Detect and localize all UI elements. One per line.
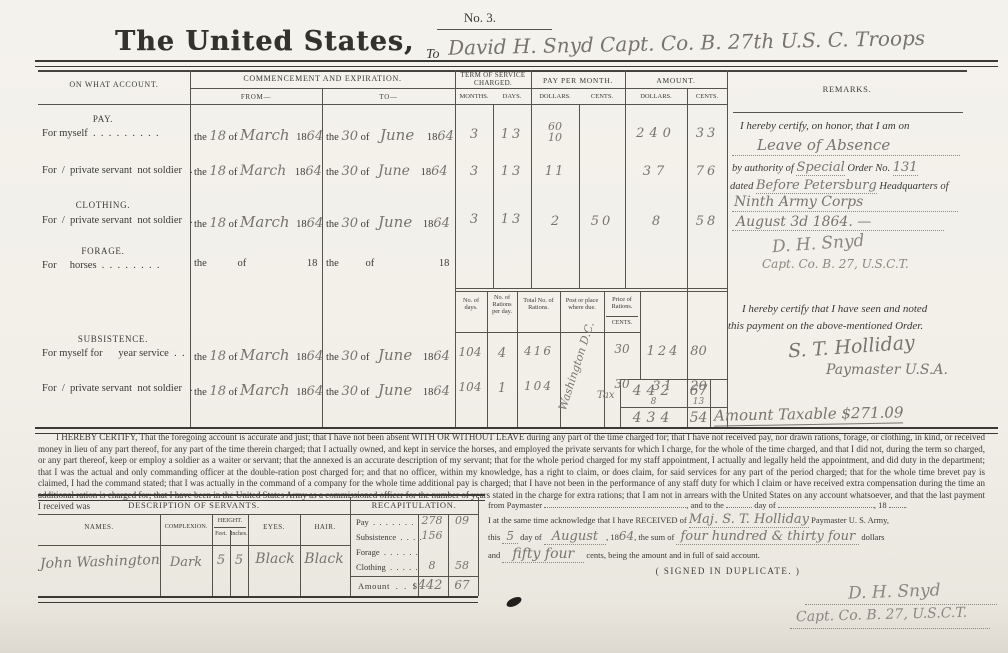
word-of: of <box>365 258 374 269</box>
divider-vertical <box>710 379 711 427</box>
word-18: 18 <box>296 219 307 230</box>
rule <box>606 316 638 317</box>
col-header-remarks: REMARKS. <box>727 84 967 94</box>
section-clothing: CLOTHING. <box>38 200 168 210</box>
word-the: the <box>326 219 339 230</box>
hw-day: 30 <box>341 129 358 144</box>
hw-corps: Ninth Army Corps <box>734 194 863 210</box>
row-label-servant-clothing: For / private servant not soldier . <box>42 215 192 226</box>
cell-days-myself: 13 <box>493 127 531 142</box>
total-tax-dollars: 8 <box>620 397 687 407</box>
date-from-myself-sub: the 18 of March 1864 <box>194 346 323 364</box>
hw-day: 18 <box>209 384 226 399</box>
subcol-num-days: No. of days. <box>456 297 486 311</box>
cell-months-myself: 3 <box>455 127 493 142</box>
servants-table-title: DESCRIPTION OF SERVANTS. <box>38 500 350 510</box>
recap-subsistence-dollars: 156 <box>418 529 446 542</box>
subcol-post: Post or place where due. <box>561 297 603 311</box>
hw-pay-bottom: 10 <box>531 132 579 143</box>
divider-vertical <box>625 70 626 288</box>
word-and-to-the: , and to the <box>686 500 724 510</box>
cell-total-servant-sub: 104 <box>517 379 560 393</box>
hw-year: 64 <box>307 129 324 144</box>
word-of: of <box>361 132 370 143</box>
col-header-amt-dollars: DOLLARS. <box>625 93 687 100</box>
hw-day: 30 <box>341 216 358 231</box>
divider-vertical <box>350 497 351 596</box>
hw-month: March <box>240 213 290 231</box>
hw-month: June <box>378 213 412 231</box>
cell-amt-dollars-myself-sub: 124 <box>640 344 687 359</box>
recap-amount-dollars: 442 <box>414 578 446 593</box>
word-headquarters-of: Headquarters of <box>879 181 948 192</box>
row-label-servant-pay: For / private servant not soldier . <box>42 165 192 176</box>
divider-vertical <box>604 291 605 427</box>
row-label-myself-subsistence: For myself for year service . . <box>42 348 185 359</box>
word-order-no: Order No. <box>847 163 890 174</box>
recap-amount-cents: 67 <box>448 578 476 592</box>
hw-sum-dollars: four hundred & thirty four <box>676 529 859 545</box>
date-from-servant-pay: the 18 of March 1864 <box>194 163 322 179</box>
remarks-certify-1: I hereby certify, on honor, that I am on <box>740 120 909 132</box>
recap-subsistence-label: Subsistence . . . . <box>356 532 422 542</box>
row-label-servant-subsistence: For / private servant not soldier . <box>42 383 192 394</box>
word-day-of: day of <box>520 532 541 542</box>
word-of: of <box>361 167 370 178</box>
date-to-horses: the of 18 <box>326 258 449 269</box>
rule <box>190 88 727 89</box>
cell-total-myself-sub: 416 <box>517 344 560 358</box>
servant-hair: Black <box>300 551 348 567</box>
rule <box>38 514 478 515</box>
document-title: The United States, <box>115 26 414 57</box>
hw-year: 64 <box>307 349 324 364</box>
cell-pay-myself: 60 10 <box>531 121 579 143</box>
date-to-servant-pay: the 30 of June 1864 <box>326 163 448 179</box>
date-to-servant-sub: the 30 of June 1864 <box>326 381 450 399</box>
cell-rations-servant-sub: 1 <box>487 381 517 396</box>
col-header-months: MONTHS. <box>455 93 493 100</box>
col-header-pay-per-month: PAY PER MONTH. <box>531 76 625 85</box>
word-from-paymaster: from Paymaster <box>488 500 542 510</box>
date-from-myself: the 18 of March 1864 <box>194 126 323 144</box>
word-18: 18 <box>423 387 434 398</box>
rule <box>455 332 640 333</box>
word-of: of <box>229 167 238 178</box>
remarks-certify-2-line1: I hereby certify that I have seen and no… <box>742 303 927 315</box>
signed-in-duplicate: ( SIGNED IN DUPLICATE. ) <box>618 566 838 576</box>
hw-amount-taxable-note: Amount Taxable $271.09 <box>714 403 904 426</box>
cell-amt-dollars-clothing: 8 <box>625 214 687 229</box>
date-from-servant-clothing: the 18 of March 1864 <box>194 213 323 231</box>
word-the: the <box>326 258 339 269</box>
rule <box>350 576 478 577</box>
servants-col-names: NAMES. <box>38 523 160 531</box>
word-the: the <box>326 387 339 398</box>
date-to-servant-clothing: the 30 of June 1864 <box>326 213 450 231</box>
rule <box>214 527 246 528</box>
word-the: the <box>194 167 207 178</box>
word-18: 18 <box>423 352 434 363</box>
hw-paymaster-name: Maj. S. T. Holliday <box>689 512 809 528</box>
date-to-myself-sub: the 30 of June 1864 <box>326 346 450 364</box>
cell-amt-dollars-myself: 240 <box>625 126 687 141</box>
pay-voucher-document: No. 3. The United States, To David H. Sn… <box>0 0 1008 653</box>
blank-line <box>544 498 686 508</box>
hw-dated-place: Before Petersburg <box>756 178 877 194</box>
rule <box>437 29 552 30</box>
col-header-term: TERM OF SERVICE CHARGED. <box>456 71 530 87</box>
word-the: the <box>194 132 207 143</box>
word-of: of <box>229 352 238 363</box>
cell-days-servant-pay: 13 <box>493 164 531 179</box>
cell-amt-dollars-servant-pay: 37 <box>625 164 687 179</box>
servants-col-height: HEIGHT. <box>212 517 248 524</box>
word-of: of <box>229 387 238 398</box>
servant-height-inches: 5 <box>230 553 248 568</box>
hw-month: March <box>240 163 286 179</box>
date-from-servant-sub: the 18 of March 1864 <box>194 381 323 399</box>
receipt-line-cents: and fifty four cents, being the amount a… <box>488 546 760 562</box>
word-18: 18 <box>295 167 306 178</box>
section-forage: FORAGE. <box>38 246 168 256</box>
word-18: 18 <box>296 387 307 398</box>
hw-day: 18 <box>209 129 226 144</box>
servants-col-inches: Inches. <box>230 531 248 537</box>
signature-officer-remarks: D. H. Snyd <box>771 231 865 257</box>
hw-month: March <box>240 346 290 364</box>
word-the: the <box>326 352 339 363</box>
date-from-horses: the of 18 <box>194 258 317 269</box>
section-pay: PAY. <box>38 114 168 124</box>
word-this: this <box>488 532 500 542</box>
dotted-line <box>732 230 944 231</box>
receipt-line-acknowledge: I at the same time acknowledge that I ha… <box>488 512 889 527</box>
word-paymaster-usa: Paymaster U. S. Army, <box>811 515 889 525</box>
hw-receipt-month: August <box>544 529 606 545</box>
rule <box>38 545 350 546</box>
word-sum-of: , the sum of <box>634 532 674 542</box>
hw-year: 64 <box>433 216 450 231</box>
cell-price-myself-sub: 30 <box>604 342 640 356</box>
cell-pay-servant-pay: 11 <box>531 164 579 179</box>
divider-vertical <box>190 70 191 427</box>
hw-day: 18 <box>209 349 226 364</box>
cell-amt-cents-clothing: 58 <box>687 214 727 229</box>
dotted-line <box>805 604 997 605</box>
hw-month: March <box>240 126 290 144</box>
hw-year: 64 <box>437 129 454 144</box>
remarks-dated-line: dated Before Petersburg Headquarters of <box>730 178 949 193</box>
word-by-authority: by authority of <box>732 163 794 174</box>
ink-blot <box>505 595 523 609</box>
hw-day: 30 <box>341 164 358 179</box>
word-period: . <box>905 500 907 510</box>
cell-amt-cents-servant-pay: 76 <box>687 164 727 179</box>
divider-vertical <box>727 70 728 427</box>
word-18: 18 <box>421 167 432 178</box>
recap-pay-dollars: 278 <box>418 514 446 527</box>
cell-rations-myself-sub: 4 <box>487 346 517 361</box>
word-cents-rest: cents, being the amount and in full of s… <box>586 550 760 560</box>
dotted-line <box>790 628 990 629</box>
blank-line <box>889 498 905 508</box>
subcol-price-cents: CENTS. <box>605 320 639 326</box>
form-number: No. 3. <box>445 10 515 26</box>
word-and: and <box>488 550 500 560</box>
recap-pay-cents: 09 <box>448 514 476 527</box>
remarks-authority-line: by authority of Special Order No. 131 <box>732 160 918 175</box>
col-header-days: DAYS. <box>493 93 531 100</box>
word-18: 18 <box>296 352 307 363</box>
total-final-dollars: 434 <box>620 410 687 426</box>
recap-clothing-dollars: 8 <box>418 559 446 572</box>
servants-col-eyes: EYES. <box>248 523 300 531</box>
dotted-line <box>732 211 958 212</box>
hw-authority: Special <box>796 160 844 176</box>
hw-leave-status: Leave of Absence <box>757 136 890 154</box>
hw-sum-cents: fifty four <box>502 546 584 563</box>
servants-col-complexion: COMPLEXION. <box>160 523 212 530</box>
col-header-from: FROM— <box>190 93 322 101</box>
word-the: the <box>194 387 207 398</box>
remarks-certify-2-line2: this payment on the above-mentioned Orde… <box>728 320 923 332</box>
blank-line <box>778 498 874 508</box>
hw-post-where-due: Washington D.C. <box>556 320 597 412</box>
word-18: 18 <box>423 219 434 230</box>
col-header-pay-dollars: DOLLARS. <box>531 93 579 100</box>
row-label-myself: For myself . . . . . . . . . <box>42 128 159 139</box>
servants-col-feet: Feet. <box>212 531 230 537</box>
divider-vertical <box>579 104 580 288</box>
hw-year: 64 <box>433 384 450 399</box>
hw-month: June <box>378 381 412 399</box>
word-dollars: dollars <box>861 532 884 542</box>
hw-month: June <box>380 126 414 144</box>
signature-paymaster: S. T. Holliday <box>787 332 915 363</box>
hw-day: 30 <box>341 384 358 399</box>
word-18: 18 <box>427 132 438 143</box>
rule <box>38 596 478 603</box>
cell-numdays-myself-sub: 104 <box>453 345 487 359</box>
cell-months-servant-pay: 3 <box>455 164 493 179</box>
hw-day: 18 <box>209 164 226 179</box>
word-18: 18 <box>296 132 307 143</box>
total-tax-cents: 13 <box>687 397 710 407</box>
hw-receipt-year: 64 <box>619 529 634 543</box>
hw-year: 64 <box>431 164 448 179</box>
hw-month: June <box>378 163 410 179</box>
word-of: of <box>361 387 370 398</box>
word-of: of <box>237 258 246 269</box>
receipt-line-sum: this 5 day of August, 1864, the sum of f… <box>488 529 884 544</box>
cell-amt-cents-myself-sub: 80 <box>687 344 710 359</box>
hw-year: 64 <box>307 384 324 399</box>
servant-eyes: Black <box>250 551 300 567</box>
word-the: the <box>326 132 339 143</box>
hw-year: 64 <box>307 216 324 231</box>
col-header-to: TO— <box>322 93 455 101</box>
divider-vertical <box>531 70 532 288</box>
subcol-total-rations: Total No. of Rations. <box>518 297 559 311</box>
cell-pay-cents-clothing: 50 <box>579 214 625 229</box>
word-the: the <box>326 167 339 178</box>
col-header-commencement: COMMENCEMENT AND EXPIRATION. <box>190 74 455 83</box>
hw-day: 18 <box>209 216 226 231</box>
word-the: the <box>194 258 207 269</box>
signature-paymaster-title: Paymaster U.S.A. <box>826 362 948 378</box>
word-of: of <box>229 219 238 230</box>
total-final-cents: 54 <box>687 410 710 426</box>
recap-clothing-label: Clothing . . . . . <box>356 562 418 572</box>
hw-order-number: 131 <box>893 160 918 176</box>
recap-clothing-cents: 58 <box>448 559 476 572</box>
hw-year: 64 <box>305 164 322 179</box>
cell-numdays-servant-sub: 104 <box>453 380 487 394</box>
servants-col-hair: HAIR. <box>300 523 350 531</box>
word-dated: dated <box>730 181 753 192</box>
subcol-price: Price of Rations. <box>605 296 639 310</box>
hw-order-date: August 3d 1864. — <box>736 214 871 230</box>
signature-payee: D. H. Snyd <box>848 580 941 603</box>
hw-tax-label: Tax <box>597 390 615 401</box>
row-label-horses: For horses . . . . . . . . <box>42 260 160 271</box>
signature-officer-title-remarks: Capt. Co. B. 27, U.S.C.T. <box>762 257 909 271</box>
rule <box>35 60 998 67</box>
section-subsistence: SUBSISTENCE. <box>38 334 188 344</box>
servant-height-feet: 5 <box>212 553 230 568</box>
subcol-rations-per-day: No. of Rations per day. <box>488 294 516 316</box>
blank-line <box>726 498 752 508</box>
hw-month: March <box>240 381 290 399</box>
rule <box>38 104 727 105</box>
signature-payee-title: Capt. Co. B. 27, U.S.C.T. <box>796 605 968 625</box>
word-of: of <box>361 219 370 230</box>
col-header-pay-cents: CENTS. <box>579 93 625 100</box>
word-18: 18 <box>307 258 318 269</box>
cell-amt-cents-myself: 33 <box>687 126 727 141</box>
servant-name: John Washington <box>40 552 160 572</box>
word-18: 18 <box>439 258 450 269</box>
word-of: of <box>361 352 370 363</box>
divider-vertical <box>455 70 456 427</box>
col-header-account: ON WHAT ACCOUNT. <box>38 80 190 89</box>
cell-pay-dollars-clothing: 2 <box>531 214 579 229</box>
recap-pay-label: Pay . . . . . . . <box>356 517 413 527</box>
divider-vertical <box>640 291 641 379</box>
recap-title: RECAPITULATION. <box>350 500 478 510</box>
word-18: , 18 <box>874 500 887 510</box>
servant-complexion: Dark <box>162 555 210 570</box>
cell-days-clothing: 13 <box>493 212 531 227</box>
receipt-line-paymaster: from Paymaster , and to the day of , 18 … <box>488 498 907 510</box>
col-header-amt-cents: CENTS. <box>687 93 727 100</box>
word-of: of <box>229 132 238 143</box>
word-the: the <box>194 352 207 363</box>
word-18: , 18 <box>606 532 619 542</box>
divider-vertical <box>478 497 479 596</box>
dotted-line <box>732 155 960 156</box>
word-day-of: day of <box>754 500 775 510</box>
recap-amount-label: Amount . . $ <box>358 581 418 591</box>
word-acknowledge: I at the same time acknowledge that I ha… <box>488 515 687 525</box>
col-header-amount: AMOUNT. <box>625 76 727 85</box>
date-to-myself: the 30 of June 1864 <box>326 126 454 144</box>
word-the: the <box>194 219 207 230</box>
hw-day: 30 <box>341 349 358 364</box>
recap-forage-label: Forage . . . . . . <box>356 547 418 557</box>
hw-year: 64 <box>433 349 450 364</box>
hw-receipt-day: 5 <box>502 529 518 544</box>
hw-month: June <box>378 346 412 364</box>
cell-months-clothing: 3 <box>455 212 493 227</box>
rule <box>733 112 963 113</box>
